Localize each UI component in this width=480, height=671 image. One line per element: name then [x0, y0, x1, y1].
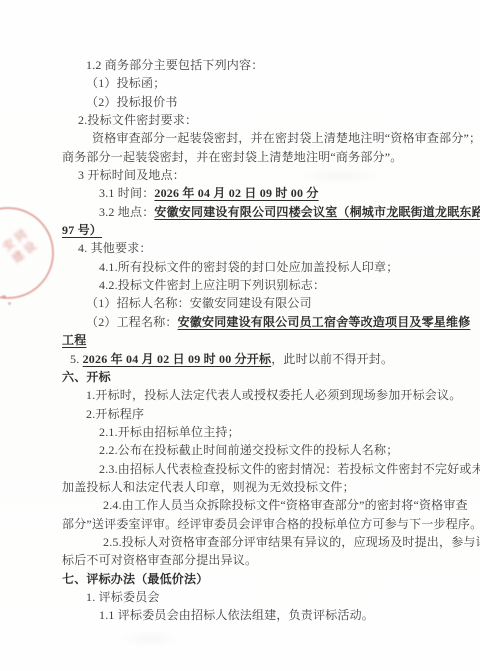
text-segment: 1.开标时，投标人法定代表人或授权委托人必须到现场参加开标会议。 [86, 388, 461, 402]
text-segment: 2.开标程序 [86, 407, 144, 421]
text-line-2: （1）投标函； [62, 74, 464, 92]
text-line-9: 3.2 地点：安徽安同建设有限公司四楼会议室（桐城市龙眠街道龙眠东路 [62, 203, 464, 221]
text-segment: 安徽安同建设有限公司员工宿舍等改造项目及零星维修 [178, 315, 471, 329]
text-segment: 4. 其他要求： [78, 241, 152, 255]
text-segment: 1.1 评标委员会由招标人依法组建，负责评标活动。 [99, 608, 374, 622]
text-line-16: 工程 [62, 331, 464, 349]
text-line-17: 5. 2026 年 04 月 02 日 09 时 00 分开标，此时以前不得开封… [62, 350, 464, 368]
text-segment: 商务部分一起装袋密封，并在密封袋上清楚地注明“商务部分”。 [62, 150, 402, 164]
text-line-20: 2.开标程序 [62, 405, 464, 423]
text-line-29: 七、评标办法（最低价法） [62, 570, 464, 588]
text-line-14: （1）招标人名称：安徽安同建设有限公司 [62, 294, 464, 312]
seal-speck [2, 295, 6, 298]
text-line-26: 部分”送评委室评审。经评审委员会评审合格的投标单位方可参与下一步程序。 [62, 515, 464, 533]
text-segment: 2.2.公布在投标截止时间前递交投标文件的投标人名称； [99, 443, 398, 457]
text-line-12: 4.1.所有投标文件的密封袋的封口处应加盖投标人印章； [62, 258, 464, 276]
text-segment: 4.1.所有投标文件的密封袋的封口处应加盖投标人印章； [99, 260, 398, 274]
text-line-19: 1.开标时，投标人法定代表人或授权委托人必须到现场参加开标会议。 [62, 386, 464, 404]
text-line-31: 1.1 评标委员会由招标人依法组建，负责评标活动。 [62, 606, 464, 624]
scan-smudge [120, 630, 180, 648]
text-line-22: 2.2.公布在投标截止时间前递交投标文件的投标人名称； [62, 441, 464, 459]
text-line-18: 六、开标 [62, 368, 464, 386]
text-line-15: （2）工程名称：安徽安同建设有限公司员工宿舍等改造项目及零星维修 [62, 313, 464, 331]
text-line-30: 1. 评标委员会 [62, 588, 464, 606]
text-segment: （2）工程名称： [86, 315, 178, 329]
text-segment: 2026 年 04 月 02 日 09 时 00 分 [154, 186, 318, 200]
text-segment: 安徽安同建设有限公司四楼会议室（桐城市龙眠街道龙眠东路 [154, 205, 480, 219]
seal-text: 安同建设 [1, 221, 48, 267]
text-segment: 5. [70, 352, 83, 366]
text-line-7: 3 开标时间及地点： [62, 166, 464, 184]
text-segment: （1）招标人名称：安徽安同建设有限公司 [86, 296, 312, 310]
text-line-13: 4.2.投标文件密封上应注明下列识别标志： [62, 276, 464, 294]
text-segment: 2.5.投标人对资格审查部分评审结果有异议的，应现场及时提出，参与评 [103, 535, 480, 549]
text-segment: 标后不可对资格审查部分提出异议。 [62, 553, 257, 567]
text-segment: 2.投标文件密封要求： [78, 113, 197, 127]
text-line-28: 标后不可对资格审查部分提出异议。 [62, 551, 464, 569]
text-segment: 六、开标 [62, 370, 111, 384]
text-segment: 3 开标时间及地点： [78, 168, 185, 182]
text-line-24: 加盖投标人和法定代表人印章，则视为无效投标文件； [62, 478, 464, 496]
text-line-21: 2.1.开标由招标单位主持； [62, 423, 464, 441]
text-segment: 1. 评标委员会 [86, 590, 160, 604]
text-line-11: 4. 其他要求： [62, 239, 464, 257]
text-line-23: 2.3.由招标人代表检查投标文件的密封情况：若投标文件密封不完好或未 [62, 460, 464, 478]
text-segment: 2.1.开标由招标单位主持； [99, 425, 240, 439]
text-line-1: 1.2 商务部分主要包括下列内容： [62, 56, 464, 74]
text-segment: 加盖投标人和法定代表人印章，则视为无效投标文件； [62, 480, 355, 494]
text-segment: 2026 年 04 月 02 日 09 时 00 分开标 [83, 352, 272, 366]
document-body: 1.2 商务部分主要包括下列内容：（1）投标函；（2）投标报价书2.投标文件密封… [62, 56, 464, 625]
text-line-27: 2.5.投标人对资格审查部分评审结果有异议的，应现场及时提出，参与评 [62, 533, 464, 551]
text-line-25: 2.4.由工作人员当众拆除投标文件“资格审查部分”的密封将“资格审查 [62, 496, 464, 514]
text-line-4: 2.投标文件密封要求： [62, 111, 464, 129]
text-line-8: 3.1 时间：2026 年 04 月 02 日 09 时 00 分 [62, 184, 464, 202]
text-segment: 资格审查部分一起装袋密封，并在密封袋上清楚地注明“资格审查部分”； [92, 131, 480, 145]
seal-speck [8, 302, 11, 305]
text-segment: 2.4.由工作人员当众拆除投标文件“资格审查部分”的密封将“资格审查 [103, 498, 468, 512]
text-line-10: 97 号） [62, 221, 464, 239]
text-segment: 2.3.由招标人代表检查投标文件的密封情况：若投标文件密封不完好或未 [99, 462, 480, 476]
red-seal-stamp: 安同建设 [0, 207, 54, 299]
text-line-3: （2）投标报价书 [62, 93, 464, 111]
text-segment: 工程 [62, 333, 86, 347]
text-segment: 部分”送评委室评审。经评审委员会评审合格的投标单位方可参与下一步程序。 [62, 517, 480, 531]
text-segment: （1）投标函； [86, 76, 165, 90]
text-segment: 3.2 地点： [99, 205, 154, 219]
text-segment: （2）投标报价书 [86, 95, 178, 109]
text-segment: 七、评标办法（最低价法） [62, 572, 208, 586]
text-segment: 97 号） [62, 223, 102, 237]
text-line-6: 商务部分一起装袋密封，并在密封袋上清楚地注明“商务部分”。 [62, 148, 464, 166]
text-line-5: 资格审查部分一起装袋密封，并在密封袋上清楚地注明“资格审查部分”； [62, 129, 464, 147]
text-segment: ，此时以前不得开封。 [271, 352, 393, 366]
text-segment: 1.2 商务部分主要包括下列内容： [86, 58, 263, 72]
text-segment: 4.2.投标文件密封上应注明下列识别标志： [99, 278, 325, 292]
text-segment: 3.1 时间： [99, 186, 154, 200]
scanned-document-page: 安同建设 1.2 商务部分主要包括下列内容：（1）投标函；（2）投标报价书2.投… [0, 0, 480, 671]
